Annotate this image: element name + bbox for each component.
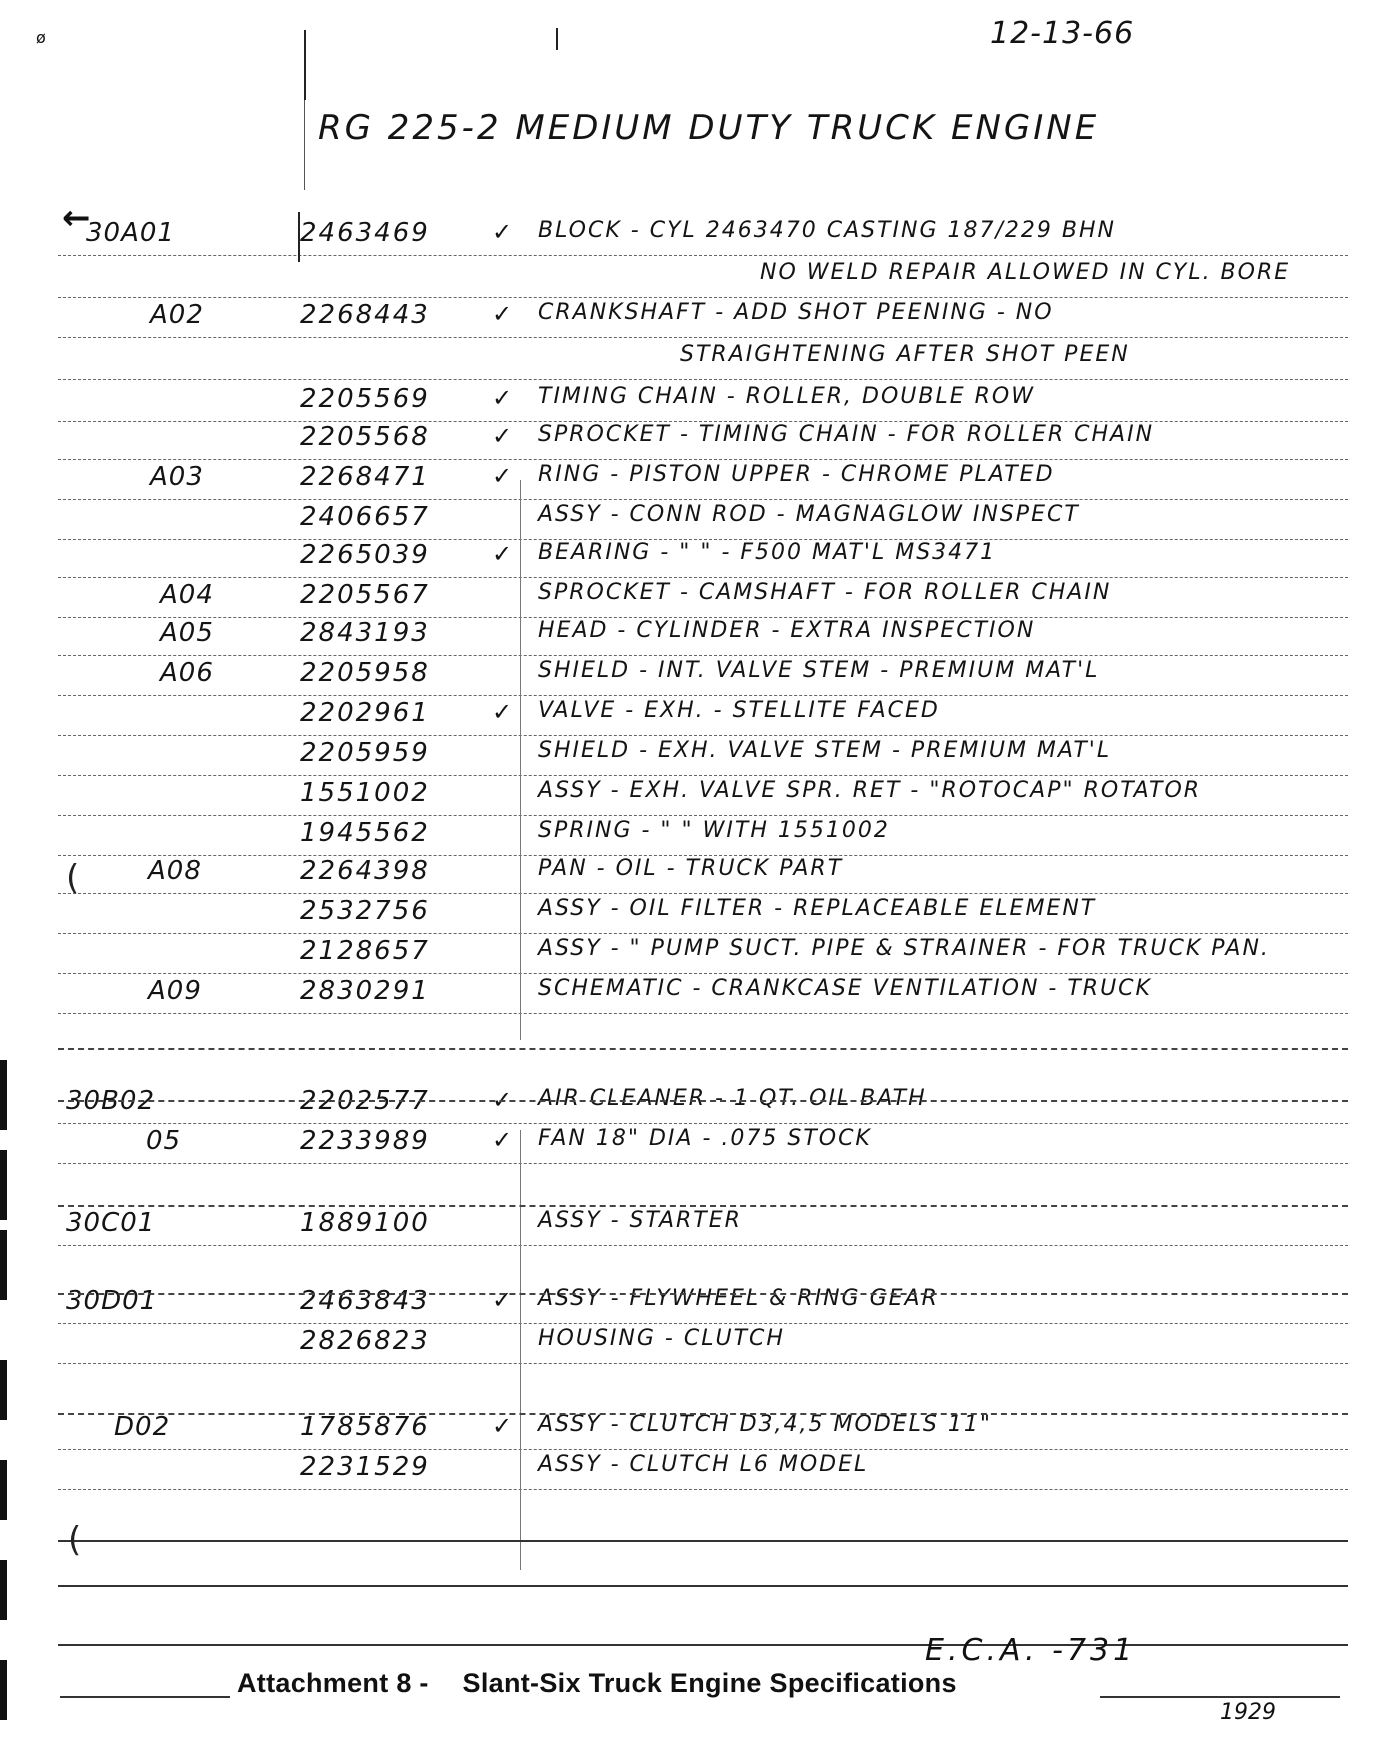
parts-row: A042205567SPROCKET - CAMSHAFT - FOR ROLL… (0, 580, 1396, 620)
column-divider (304, 100, 305, 190)
page-number: 1929 (1220, 1700, 1276, 1725)
part-number: 2205569 (300, 384, 430, 414)
row-rule (58, 1163, 1348, 1164)
check-mark-icon: ✓ (492, 462, 513, 490)
part-number: 2264398 (300, 856, 430, 886)
ruled-line (58, 1205, 1348, 1207)
ruled-line (58, 1585, 1348, 1587)
part-description: BEARING - " " - F500 MAT'L MS3471 (538, 540, 996, 565)
parts-row: 2265039✓BEARING - " " - F500 MAT'L MS347… (0, 540, 1396, 580)
description-continuation: STRAIGHTENING AFTER SHOT PEEN (680, 342, 1130, 367)
part-description: HEAD - CYLINDER - EXTRA INSPECTION (538, 618, 1035, 643)
section-code: A08 (148, 856, 202, 886)
part-description: RING - PISTON UPPER - CHROME PLATED (538, 462, 1055, 487)
part-description: ASSY - CONN ROD - MAGNAGLOW INSPECT (538, 502, 1080, 527)
row-rule (58, 379, 1348, 380)
part-description: SPROCKET - TIMING CHAIN - FOR ROLLER CHA… (538, 422, 1154, 447)
part-description: TIMING CHAIN - ROLLER, DOUBLE ROW (538, 384, 1035, 409)
row-rule (58, 1013, 1348, 1014)
check-mark-icon: ✓ (492, 698, 513, 726)
row-rule (58, 577, 1348, 578)
parts-row: A022268443✓CRANKSHAFT - ADD SHOT PEENING… (0, 300, 1396, 340)
part-number: 2406657 (300, 502, 430, 532)
section-code: A05 (160, 618, 214, 648)
parts-row: NO WELD REPAIR ALLOWED IN CYL. BORE (0, 260, 1396, 300)
section-code: D02 (114, 1412, 170, 1442)
scan-edge-mark (0, 1360, 7, 1420)
document-date: 12-13-66 (990, 16, 1134, 51)
section-code: A02 (150, 300, 204, 330)
part-number: 2205568 (300, 422, 430, 452)
check-mark-icon: ✓ (492, 422, 513, 450)
attachment-label: Attachment 8 - (237, 1668, 429, 1698)
part-number: 2205959 (300, 738, 430, 768)
row-rule (58, 735, 1348, 736)
part-description: ASSY - EXH. VALVE SPR. RET - "ROTOCAP" R… (538, 778, 1201, 803)
row-rule (58, 775, 1348, 776)
parts-row: 1551002ASSY - EXH. VALVE SPR. RET - "ROT… (0, 778, 1396, 818)
section-code: 30C01 (66, 1208, 155, 1238)
part-number: 2268443 (300, 300, 430, 330)
row-rule (58, 933, 1348, 934)
part-number: 2202961 (300, 698, 430, 728)
part-number: 2268471 (300, 462, 430, 492)
row-rule (58, 815, 1348, 816)
part-number: 2231529 (300, 1452, 430, 1482)
parts-row: 2202961✓VALVE - EXH. - STELLITE FACED (0, 698, 1396, 738)
section-code: A03 (150, 462, 204, 492)
part-number: 2843193 (300, 618, 430, 648)
part-description: BLOCK - CYL 2463470 CASTING 187/229 BHN (538, 218, 1116, 243)
check-mark-icon: ✓ (492, 540, 513, 568)
parts-row: A052843193HEAD - CYLINDER - EXTRA INSPEC… (0, 618, 1396, 658)
footer-underline (1100, 1696, 1340, 1698)
parts-row: 2128657ASSY - " PUMP SUCT. PIPE & STRAIN… (0, 936, 1396, 976)
part-description: HOUSING - CLUTCH (538, 1326, 785, 1351)
parts-row: 1945562SPRING - " " WITH 1551002 (0, 818, 1396, 858)
part-description: FAN 18" DIA - .075 STOCK (538, 1126, 872, 1151)
parts-row: A032268471✓RING - PISTON UPPER - CHROME … (0, 462, 1396, 502)
parts-row: 2826823HOUSING - CLUTCH (0, 1326, 1396, 1366)
column-divider (520, 480, 521, 1040)
part-description: SHIELD - EXH. VALVE STEM - PREMIUM MAT'L (538, 738, 1111, 763)
description-continuation: NO WELD REPAIR ALLOWED IN CYL. BORE (760, 260, 1290, 285)
row-rule (58, 655, 1348, 656)
parts-row: 30A012463469✓BLOCK - CYL 2463470 CASTING… (0, 218, 1396, 258)
part-description: ASSY - CLUTCH L6 MODEL (538, 1452, 868, 1477)
row-rule (58, 893, 1348, 894)
check-mark-icon: ✓ (492, 1412, 513, 1440)
section-code: A09 (148, 976, 202, 1006)
row-rule (58, 973, 1348, 974)
part-description: SCHEMATIC - CRANKCASE VENTILATION - TRUC… (538, 976, 1152, 1001)
row-rule (58, 695, 1348, 696)
parts-row: 052233989✓FAN 18" DIA - .075 STOCK (0, 1126, 1396, 1166)
parts-row: 2205568✓SPROCKET - TIMING CHAIN - FOR RO… (0, 422, 1396, 462)
part-number: 2205958 (300, 658, 430, 688)
section-code: 05 (146, 1126, 181, 1156)
ruled-line (58, 1644, 1348, 1646)
section-code: 30D01 (66, 1286, 157, 1316)
scan-artifact: ø (36, 28, 46, 47)
check-mark-icon: ✓ (492, 384, 513, 412)
column-divider (520, 1130, 521, 1570)
part-description: ASSY - FLYWHEEL & RING GEAR (538, 1286, 939, 1311)
part-description: ASSY - CLUTCH D3,4,5 MODELS 11" (538, 1412, 992, 1437)
margin-line (556, 28, 558, 50)
parts-row: 2532756ASSY - OIL FILTER - REPLACEABLE E… (0, 896, 1396, 936)
parts-row: 2205569✓TIMING CHAIN - ROLLER, DOUBLE RO… (0, 384, 1396, 424)
row-rule (58, 1489, 1348, 1490)
column-divider (298, 212, 300, 262)
ruled-line (58, 1100, 1348, 1102)
parts-row: 2231529ASSY - CLUTCH L6 MODEL (0, 1452, 1396, 1492)
margin-line (304, 30, 306, 100)
section-code: A04 (160, 580, 214, 610)
part-number: 2826823 (300, 1326, 430, 1356)
row-rule (58, 255, 1348, 256)
check-mark-icon: ✓ (492, 218, 513, 246)
check-mark-icon: ✓ (492, 300, 513, 328)
part-description: AIR CLEANER - 1 QT. OIL BATH (538, 1086, 927, 1111)
row-rule (58, 1323, 1348, 1324)
part-description: ASSY - STARTER (538, 1208, 742, 1233)
scan-edge-mark (0, 1560, 7, 1620)
scan-edge-mark (0, 1660, 7, 1720)
row-rule (58, 337, 1348, 338)
bracket-mark: ( (68, 1520, 81, 1560)
part-description: VALVE - EXH. - STELLITE FACED (538, 698, 940, 723)
parts-row: 30D012463843✓ASSY - FLYWHEEL & RING GEAR (0, 1286, 1396, 1326)
row-rule (58, 1123, 1348, 1124)
ruled-line (58, 1413, 1348, 1415)
parts-row: 2205959SHIELD - EXH. VALVE STEM - PREMIU… (0, 738, 1396, 778)
parts-row: 30C011889100ASSY - STARTER (0, 1208, 1396, 1248)
part-number: 2128657 (300, 936, 430, 966)
ruled-line (58, 1540, 1348, 1542)
parts-row: STRAIGHTENING AFTER SHOT PEEN (0, 342, 1396, 382)
part-description: SPROCKET - CAMSHAFT - FOR ROLLER CHAIN (538, 580, 1111, 605)
part-number: 2205567 (300, 580, 430, 610)
attachment-caption: Attachment 8 - Slant-Six Truck Engine Sp… (237, 1668, 957, 1699)
part-description: ASSY - OIL FILTER - REPLACEABLE ELEMENT (538, 896, 1096, 921)
attachment-title: Slant-Six Truck Engine Specifications (463, 1668, 957, 1698)
part-number: 2830291 (300, 976, 430, 1006)
check-mark-icon: ✓ (492, 1286, 513, 1314)
parts-row: A082264398PAN - OIL - TRUCK PART (0, 856, 1396, 896)
row-rule (58, 297, 1348, 298)
part-description: SHIELD - INT. VALVE STEM - PREMIUM MAT'L (538, 658, 1099, 683)
row-rule (58, 499, 1348, 500)
parts-row: 2406657ASSY - CONN ROD - MAGNAGLOW INSPE… (0, 502, 1396, 542)
ruled-line (58, 1048, 1348, 1050)
part-description: ASSY - " PUMP SUCT. PIPE & STRAINER - FO… (538, 936, 1270, 961)
part-number: 2265039 (300, 540, 430, 570)
ruled-line (58, 1293, 1348, 1295)
row-rule (58, 1363, 1348, 1364)
part-number: 2463843 (300, 1286, 430, 1316)
part-number: 2463469 (300, 218, 430, 248)
part-number: 1785876 (300, 1412, 430, 1442)
part-description: CRANKSHAFT - ADD SHOT PEENING - NO (538, 300, 1054, 325)
part-number: 1551002 (300, 778, 430, 808)
section-code: 30A01 (86, 218, 175, 248)
parts-row: 30B022202577✓AIR CLEANER - 1 QT. OIL BAT… (0, 1086, 1396, 1126)
check-mark-icon: ✓ (492, 1126, 513, 1154)
row-rule (58, 1245, 1348, 1246)
parts-row: D021785876✓ASSY - CLUTCH D3,4,5 MODELS 1… (0, 1412, 1396, 1452)
part-number: 2233989 (300, 1126, 430, 1156)
eca-reference: E.C.A. -731 (925, 1633, 1136, 1668)
part-number: 1889100 (300, 1208, 430, 1238)
footer-underline (60, 1696, 230, 1698)
part-number: 1945562 (300, 818, 430, 848)
document-title: RG 225-2 MEDIUM DUTY TRUCK ENGINE (318, 108, 1099, 148)
part-description: SPRING - " " WITH 1551002 (538, 818, 890, 843)
part-description: PAN - OIL - TRUCK PART (538, 856, 843, 881)
row-rule (58, 1449, 1348, 1450)
section-code: A06 (160, 658, 214, 688)
row-rule (58, 459, 1348, 460)
part-number: 2532756 (300, 896, 430, 926)
bracket-mark: ( (66, 858, 79, 898)
parts-row: A092830291SCHEMATIC - CRANKCASE VENTILAT… (0, 976, 1396, 1016)
parts-row: A062205958SHIELD - INT. VALVE STEM - PRE… (0, 658, 1396, 698)
